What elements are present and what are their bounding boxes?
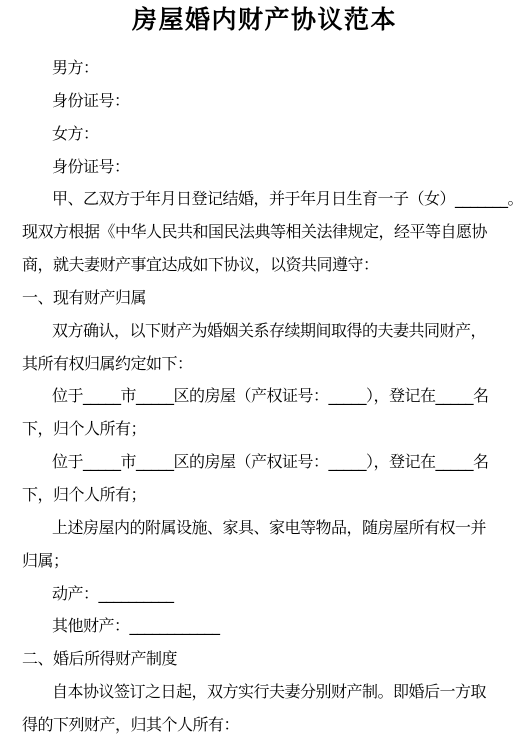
preamble-line-1: 甲、乙双方于年月日登记结婚，并于年月日生育一子（女）_______。 <box>22 183 507 216</box>
confirmation-line-1: 双方确认，以下财产为婚姻关系存续期间取得的夫妻共同财产， <box>22 315 507 348</box>
appurtenance-line-2: 归属； <box>22 545 507 578</box>
movables-line: 动产：__________ <box>22 578 507 611</box>
husband-id-line: 身份证号： <box>22 85 507 118</box>
section-1-heading: 一、现有财产归属 <box>22 282 507 315</box>
house-2-line-1: 位于_____市_____区的房屋（产权证号：_____），登记在_____名 <box>22 446 507 479</box>
preamble-line-2: 现双方根据《中华人民共和国民法典等相关法律规定，经平等自愿协 <box>22 216 507 249</box>
separate-property-line-2: 得的下列财产，归其个人所有： <box>22 709 507 742</box>
separate-property-line-1: 自本协议签订之日起，双方实行夫妻分别财产制。即婚后一方取 <box>22 676 507 709</box>
wife-id-line: 身份证号： <box>22 151 507 184</box>
house-1-line-2: 下，归个人所有； <box>22 413 507 446</box>
section-2-heading: 二、婚后所得财产制度 <box>22 643 507 676</box>
wife-label-line: 女方： <box>22 118 507 151</box>
house-1-line-1: 位于_____市_____区的房屋（产权证号：_____），登记在_____名 <box>22 380 507 413</box>
appurtenance-line-1: 上述房屋内的附属设施、家具、家电等物品，随房屋所有权一并 <box>22 512 507 545</box>
preamble-line-3: 商，就夫妻财产事宜达成如下协议，以资共同遵守： <box>22 249 507 282</box>
other-property-line: 其他财产：____________ <box>22 610 507 643</box>
husband-label-line: 男方： <box>22 52 507 85</box>
house-2-line-2: 下，归个人所有； <box>22 479 507 512</box>
document-page: 房屋婚内财产协议范本 男方： 身份证号： 女方： 身份证号： 甲、乙双方于年月日… <box>0 0 531 745</box>
document-body: 男方： 身份证号： 女方： 身份证号： 甲、乙双方于年月日登记结婚，并于年月日生… <box>22 52 507 742</box>
page-title: 房屋婚内财产协议范本 <box>22 0 507 37</box>
confirmation-line-2: 其所有权归属约定如下： <box>22 348 507 381</box>
